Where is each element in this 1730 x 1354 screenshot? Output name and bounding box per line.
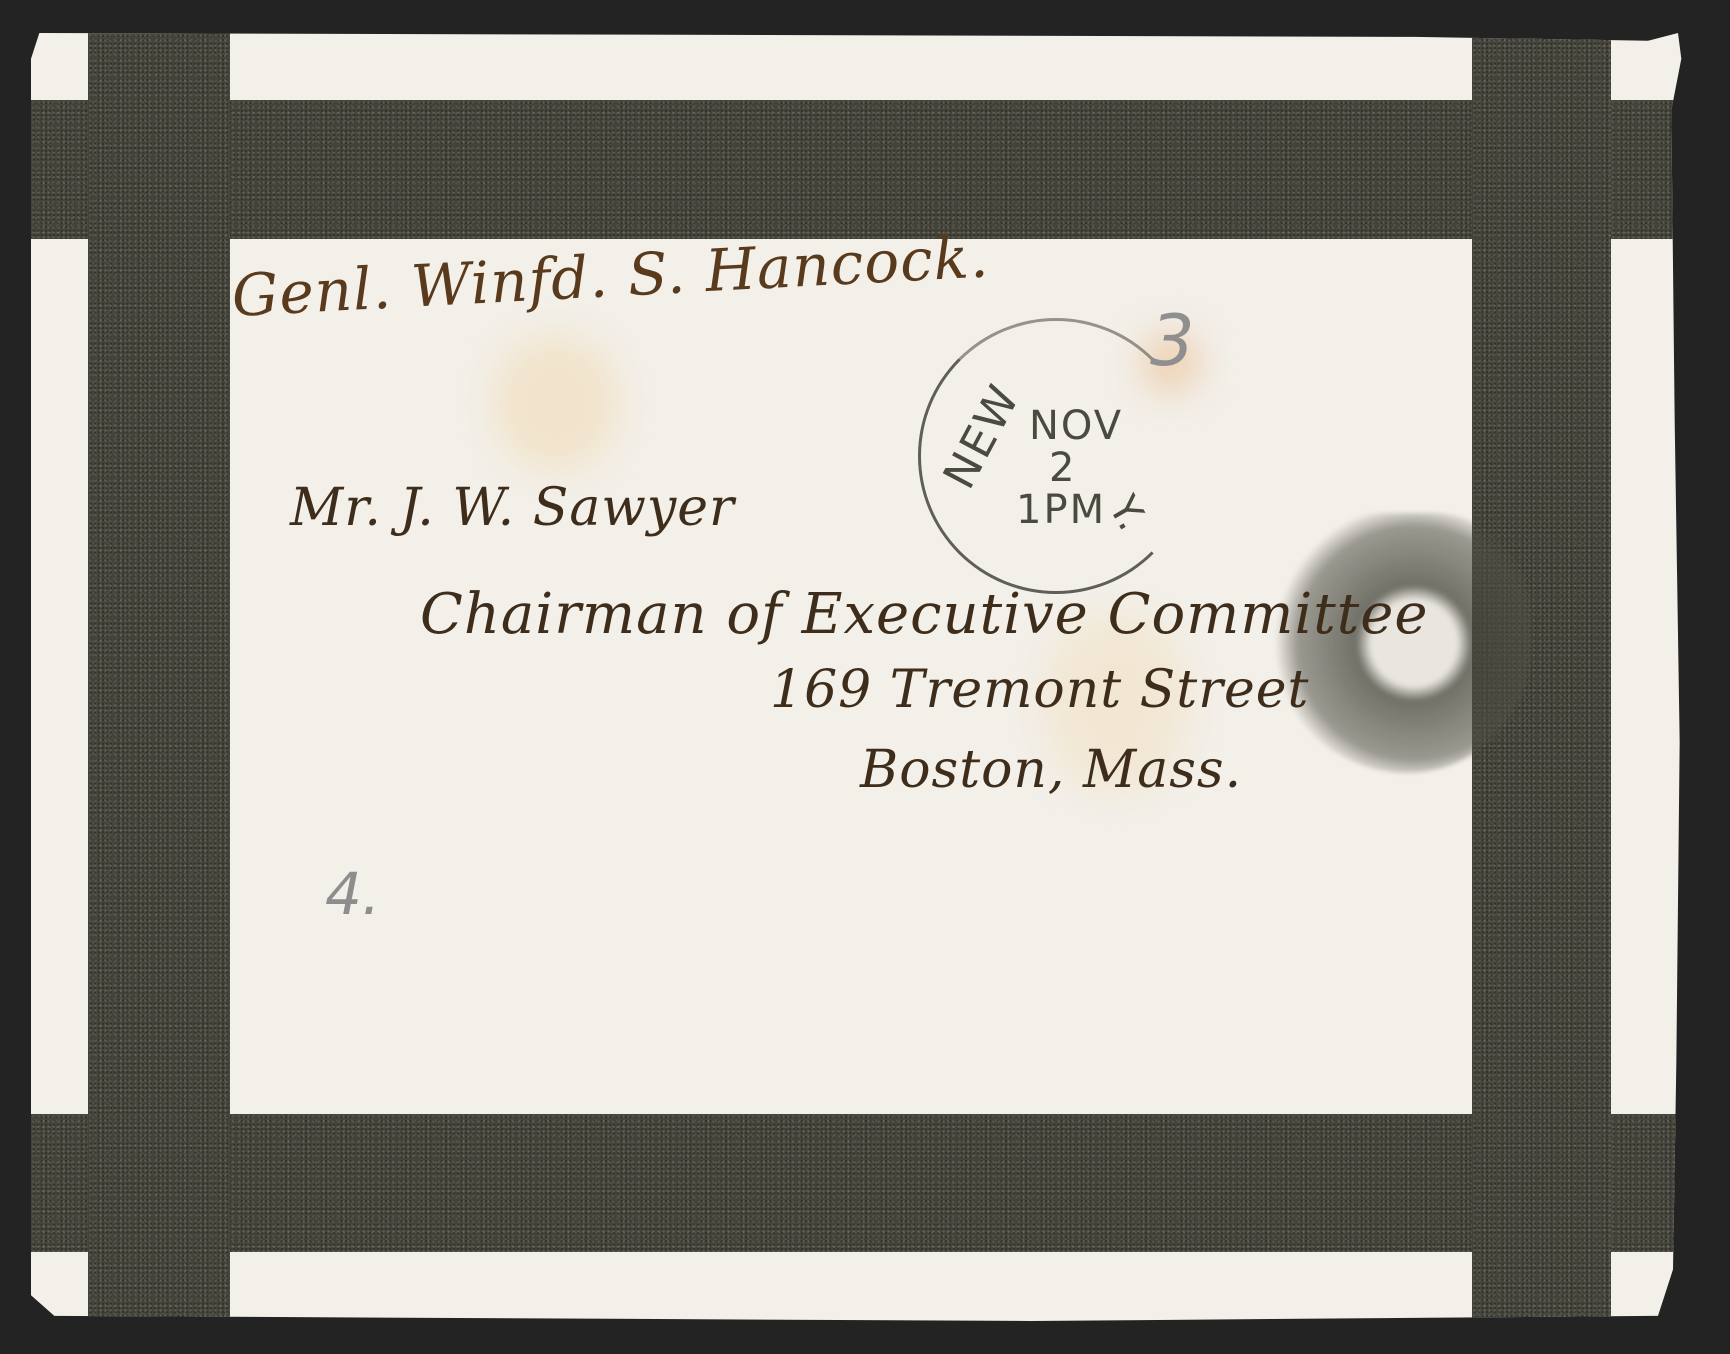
addressee-street: 169 Tremont Street — [770, 660, 1309, 720]
postmark-state: Y. — [1099, 488, 1155, 540]
postmark-time: 1PM — [1016, 487, 1106, 533]
mourning-border-top — [31, 100, 1698, 239]
pencil-notation-upper: 3 — [1150, 300, 1195, 382]
addressee-name: Mr. J. W. Sawyer — [290, 478, 735, 538]
mourning-border-bottom — [31, 1114, 1698, 1252]
pencil-notation-lower: 4. — [325, 860, 380, 928]
postmark-city: NEW — [934, 376, 1031, 497]
mourning-border-left — [88, 33, 230, 1321]
postmark-month: NOV — [1029, 403, 1123, 449]
postmark-day: 2 — [1049, 445, 1076, 491]
addressee-city: Boston, Mass. — [860, 740, 1242, 800]
addressee-title: Chairman of Executive Committee — [420, 582, 1429, 647]
foxing-stain — [491, 333, 621, 473]
